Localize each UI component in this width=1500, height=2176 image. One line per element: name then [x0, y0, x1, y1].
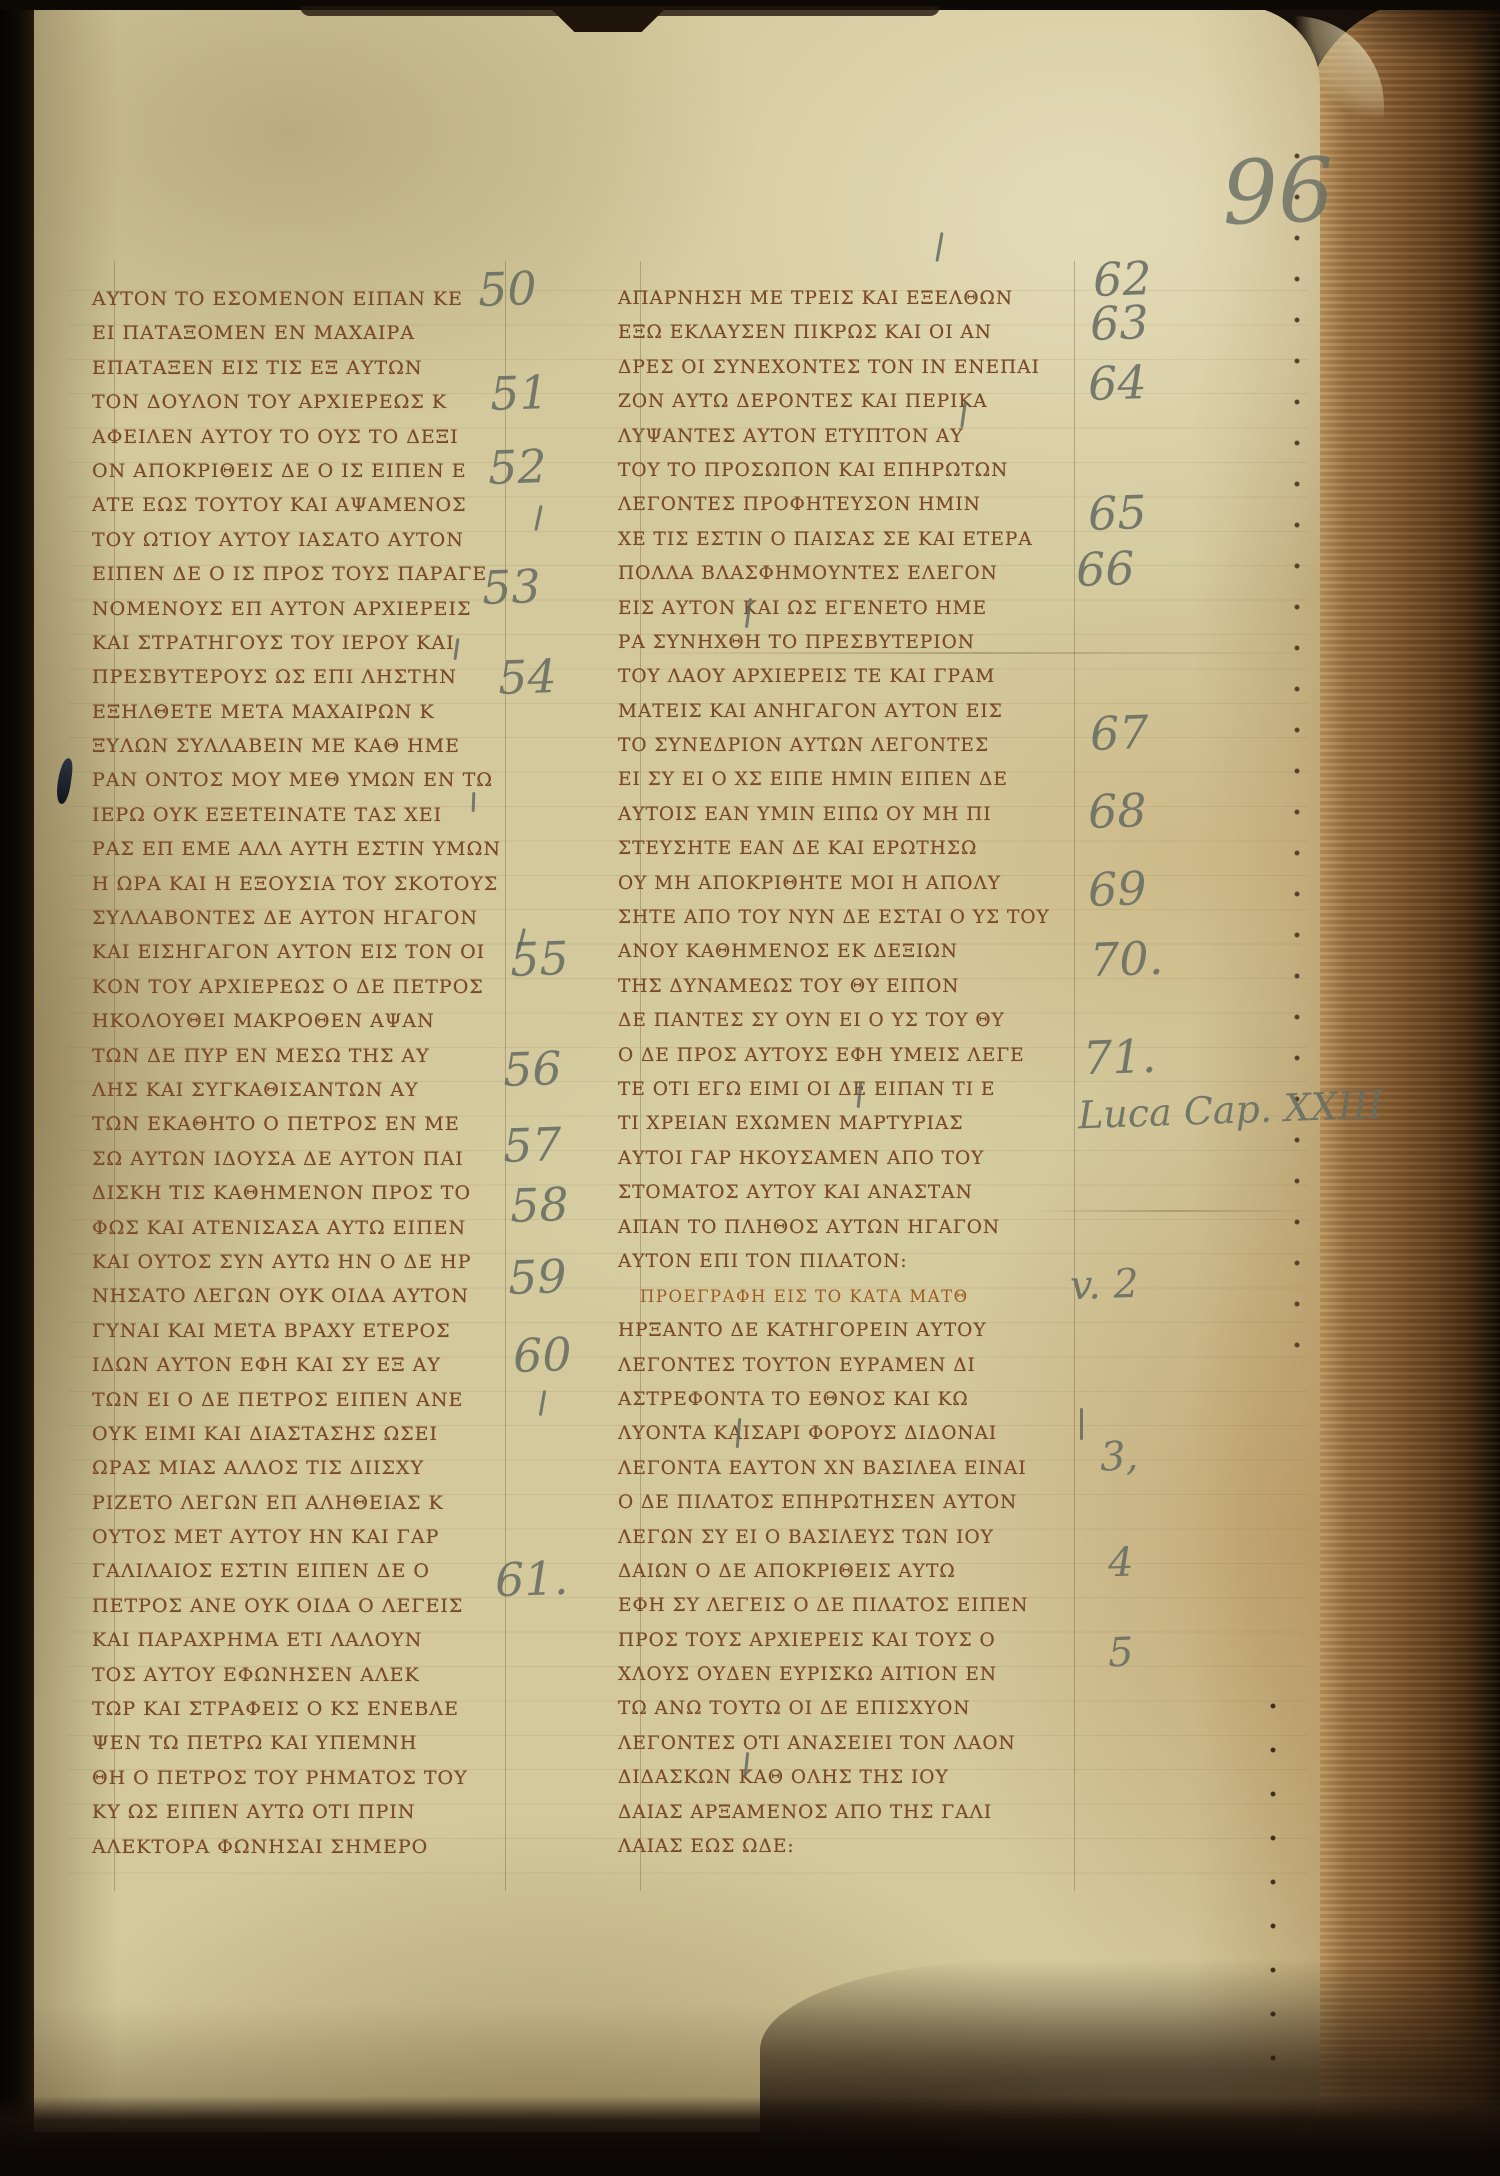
text-line: δαιας αρξαμενος απο της γαλι: [618, 1796, 1043, 1830]
rubric-cross-reference: προεγραφη εις το κατα ματθ: [640, 1280, 969, 1314]
text-line: αφειλεν αυτου το ους το δεξι: [92, 420, 492, 454]
text-column-left: αυτον το εσομενον ειπαν κεει παταξομεν ε…: [92, 282, 492, 1864]
text-line: δε παντες συ ουν ει ο υς του θυ: [618, 1004, 1043, 1038]
text-line: δαιων ο δε αποκριθεις αυτω: [618, 1555, 1043, 1589]
text-line: ριζετο λεγων επ αληθειας κ: [92, 1486, 492, 1520]
text-line: στευσητε εαν δε και ερωτησω: [618, 832, 1043, 866]
text-line: ιερω ουκ εξετεινατε τας χει: [92, 798, 492, 832]
verse-number-60: 60: [512, 1327, 572, 1383]
text-line: πολλα βλασφημουντες ελεγον: [618, 557, 1043, 591]
verse-number-50: 50: [477, 261, 537, 317]
text-line: στοματος αυτου και ανασταν: [618, 1176, 1043, 1210]
folio-number: 96: [1220, 138, 1336, 245]
text-line: ουτος μετ αυτου ην και γαρ: [92, 1520, 492, 1554]
text-line: το συνεδριον αυτων λεγοντες: [618, 729, 1043, 763]
text-line: ωρας μιας αλλος τις διισχυ: [92, 1451, 492, 1485]
text-line: τωρ και στραφεις ο κς ενεβλε: [92, 1692, 492, 1726]
verse-number-68: 68: [1087, 783, 1147, 839]
verse-number-63: 63: [1089, 295, 1149, 351]
pricking-holes: [1292, 150, 1302, 1370]
verse-number-52: 52: [487, 439, 547, 495]
text-line: λεγων συ ει ο βασιλευς των ιου: [618, 1521, 1043, 1555]
ruling-vertical-right-inner: [1074, 261, 1075, 1891]
verse-number-55: 55: [509, 931, 569, 987]
text-line: τι χρειαν εχωμεν μαρτυριας: [618, 1107, 1043, 1141]
text-line: ραν οντος μου μεθ υμων εν τω: [92, 763, 492, 797]
text-line: εις αυτον και ως εγενετο ημε: [618, 592, 1043, 626]
photo-bottom-edge: [0, 2096, 1500, 2176]
text-line: εφη συ λεγεις ο δε πιλατος ειπεν: [618, 1589, 1043, 1623]
text-line: γαλιλαιος εστιν ειπεν δε ο: [92, 1554, 492, 1588]
text-line: πρεσβυτερους ως επι ληστην: [92, 660, 492, 694]
text-line: λεγοντες τουτον ευραμεν δι: [618, 1349, 1043, 1383]
text-line: αστρεφοντα το εθνος και κω: [618, 1383, 1043, 1417]
text-line: λεγοντες προφητευσον ημιν: [618, 488, 1043, 522]
verse-number-71: 71.: [1082, 1029, 1157, 1086]
binding-gutter: [0, 0, 34, 2176]
text-line: δρες οι συνεχοντες τον ιν ενεπαι: [618, 351, 1043, 385]
text-line: ηκολουθει μακροθεν αψαν: [92, 1004, 492, 1038]
text-line: δισκη τις καθημενον προς το: [92, 1176, 492, 1210]
text-line: λαιας εως ωδε:: [618, 1830, 1043, 1864]
text-line: του ωτιου αυτου ιασατο αυτον: [92, 523, 492, 557]
text-line: ει παταξομεν εν μαχαιρα: [92, 316, 492, 350]
text-line: των ει ο δε πετρος ειπεν ανε: [92, 1383, 492, 1417]
verse-number-56: 56: [502, 1041, 562, 1097]
graphite-tick: [1080, 1408, 1083, 1440]
text-line: λεγοντα εαυτον χν βασιλεα ειναι: [618, 1452, 1043, 1486]
text-line: απαρνηση με τρεις και εξελθων: [618, 282, 1043, 316]
text-line: ον αποκριθεις δε ο ις ειπεν ε: [92, 454, 492, 488]
verse-note-2: v. 2: [1069, 1261, 1139, 1309]
text-line: εξω εκλαυσεν πικρως και οι αν: [618, 316, 1043, 350]
text-line: χε τις εστιν ο παισας σε και ετερα: [618, 523, 1043, 557]
text-line: αυτοι γαρ ηκουσαμεν απο του: [618, 1142, 1043, 1176]
text-line: του λαου αρχιερεις τε και γραμ: [618, 660, 1043, 694]
verse-number-51: 51: [489, 365, 549, 421]
text-line: τω ανω τουτω οι δε επισχυον: [618, 1692, 1043, 1726]
verse-note-3: 3,: [1099, 1433, 1139, 1480]
text-line: η ωρα και η εξουσια του σκοτους: [92, 867, 492, 901]
text-line: τε οτι εγω ειμι οι δε ειπαν τι ε: [618, 1073, 1043, 1107]
text-line: των εκαθητο ο πετρος εν με: [92, 1107, 492, 1141]
verse-number-65: 65: [1087, 485, 1147, 541]
text-line: ψεν τω πετρω και υπεμνη: [92, 1726, 492, 1760]
verse-number-53: 53: [481, 559, 541, 615]
text-line: της δυναμεως του θυ ειπον: [618, 970, 1043, 1004]
text-line: λεγοντες οτι ανασειει τον λαον: [618, 1727, 1043, 1761]
text-line: πετρος ανε ουκ οιδα ο λεγεις: [92, 1589, 492, 1623]
verse-number-57: 57: [502, 1117, 562, 1173]
text-line: διδασκων καθ ολης της ιου: [618, 1761, 1043, 1795]
text-line: και παραχρημα ετι λαλουν: [92, 1623, 492, 1657]
text-line: εξηλθετε μετα μαχαιρων κ: [92, 695, 492, 729]
text-line: σητε απο του νυν δε εσται ο υς του: [618, 901, 1043, 935]
text-line: ανου καθημενος εκ δεξιων: [618, 935, 1043, 969]
text-line: και εισηγαγον αυτον εις τον οι: [92, 935, 492, 969]
text-line: συλλαβοντες δε αυτον ηγαγον: [92, 901, 492, 935]
text-line: χλους ουδεν ευρισκω αιτιον εν: [618, 1658, 1043, 1692]
text-line: ο δε προς αυτους εφη υμεις λεγε: [618, 1039, 1043, 1073]
text-line: ξυλων συλλαβειν με καθ ημε: [92, 729, 492, 763]
text-line: λης και συγκαθισαντων αυ: [92, 1073, 492, 1107]
text-line: νομενους επ αυτον αρχιερεις: [92, 592, 492, 626]
text-line: αυτον επι τον πιλατον:: [618, 1245, 1043, 1279]
text-line: των δε πυρ εν μεσω της αυ: [92, 1039, 492, 1073]
verse-number-54: 54: [497, 649, 557, 705]
text-line: ζον αυτω δεροντες και περικα: [618, 385, 1043, 419]
verse-number-70: 70.: [1089, 931, 1164, 988]
verse-number-66: 66: [1075, 541, 1135, 597]
text-line: κυ ως ειπεν αυτω οτι πριν: [92, 1795, 492, 1829]
text-line: προς τους αρχιερεις και τους ο: [618, 1624, 1043, 1658]
text-line: ιδων αυτον εφη και συ εξ αυ: [92, 1348, 492, 1382]
text-line: κον του αρχιερεως ο δε πετρος: [92, 970, 492, 1004]
text-line: ουκ ειμι και διαστασης ωσει: [92, 1417, 492, 1451]
verse-number-61: 61.: [494, 1551, 569, 1608]
text-line: και στρατηγους του ιερου και: [92, 626, 492, 660]
verse-number-64: 64: [1087, 355, 1147, 411]
verse-note-4: 4: [1107, 1540, 1134, 1587]
text-line: θη ο πετρος του ρηματος του: [92, 1761, 492, 1795]
text-line: ου μη αποκριθητε μοι η απολυ: [618, 867, 1043, 901]
verse-note-5: 5: [1107, 1630, 1134, 1677]
text-line: φως και ατενισασα αυτω ειπεν: [92, 1211, 492, 1245]
text-line: απαν το πληθος αυτων ηγαγον: [618, 1211, 1043, 1245]
text-line: και ουτος συν αυτω ην ο δε ηρ: [92, 1245, 492, 1279]
text-line: αυτοις εαν υμιν ειπω ου μη πι: [618, 798, 1043, 832]
verse-number-67: 67: [1089, 705, 1149, 761]
text-line: τον δουλον του αρχιερεως κ: [92, 385, 492, 419]
text-line: νησατο λεγων ουκ οιδα αυτον: [92, 1279, 492, 1313]
text-line: αλεκτορα φωνησαι σημερο: [92, 1830, 492, 1864]
text-line: ατε εως τουτου και αψαμενος: [92, 488, 492, 522]
verse-number-59: 59: [507, 1249, 567, 1305]
text-line: ηρξαντο δε κατηγορειν αυτου: [618, 1314, 1043, 1348]
text-line: επαταξεν εις τις εξ αυτων: [92, 351, 492, 385]
text-line: ρα συνηχθη το πρεσβυτεριον: [618, 626, 1043, 660]
text-line: ειπεν δε ο ις προς τους παραγε: [92, 557, 492, 591]
text-line: ει συ ει ο χς ειπε ημιν ειπεν δε: [618, 763, 1043, 797]
text-line: λυοντα καισαρι φορους διδοναι: [618, 1417, 1043, 1451]
verse-number-58: 58: [509, 1177, 569, 1233]
text-line: ρας επ εμε αλλ αυτη εστιν υμων: [92, 832, 492, 866]
manuscript-photo: αυτον το εσομενον ειπαν κεει παταξομεν ε…: [0, 0, 1500, 2176]
text-column-right-lower: ηρξαντο δε κατηγορειν αυτουλεγοντες τουτ…: [618, 1314, 1043, 1864]
text-line: σω αυτων ιδουσα δε αυτον παι: [92, 1142, 492, 1176]
text-line: αυτον το εσομενον ειπαν κε: [92, 282, 492, 316]
text-line: ο δε πιλατος επηρωτησεν αυτον: [618, 1486, 1043, 1520]
text-line: του το προσωπον και επηρωτων: [618, 454, 1043, 488]
text-line: γυναι και μετα βραχυ ετερος: [92, 1314, 492, 1348]
text-line: λυψαντες αυτον ετυπτον αυ: [618, 420, 1043, 454]
parchment-crease: [1028, 1210, 1318, 1212]
verse-number-69: 69: [1087, 861, 1147, 917]
text-line: τος αυτου εφωνησεν αλεκ: [92, 1658, 492, 1692]
text-column-right-upper: απαρνηση με τρεις και εξελθωνεξω εκλαυσε…: [618, 282, 1043, 1279]
text-line: ματεις και ανηγαγον αυτον εις: [618, 695, 1043, 729]
